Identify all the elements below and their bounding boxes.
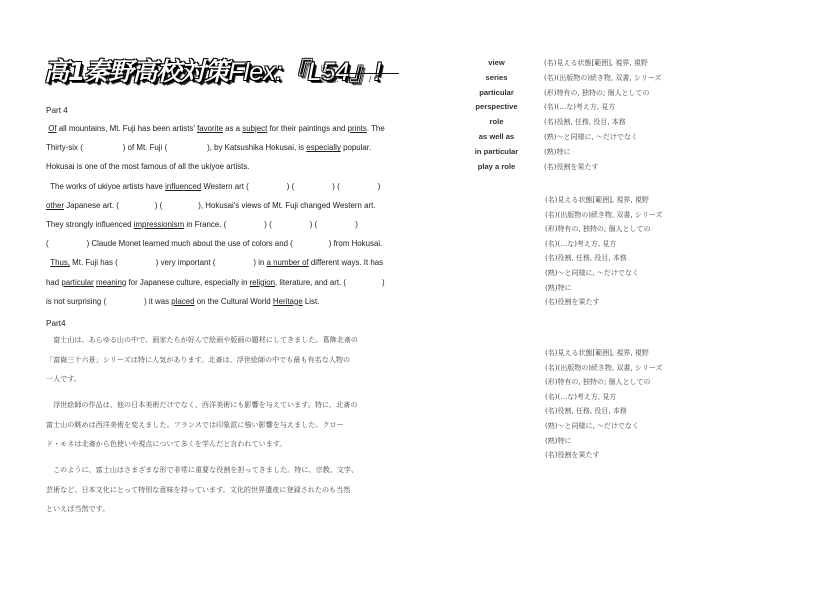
title-main: 高1秦野高校対策 [44, 57, 228, 86]
translation-line: といえば当然です。 [46, 499, 396, 519]
translation-line: ド・モネは北斎から色使いや視点について多くを学んだと言われています。 [46, 434, 396, 454]
passage-line: other Japanese art. () (), Hokusai's vie… [46, 196, 396, 215]
name-field[interactable] [341, 65, 399, 74]
definition-item: (名)役割, 任務, 役目, 本務 [545, 251, 662, 266]
definition-item: (名)見える状態[範囲], 視界, 視野 [545, 193, 662, 208]
underlined-word: religion [250, 278, 275, 287]
underlined-word: prints [348, 124, 367, 133]
translation-line: 浮世絵師の作品は、他の日本美術だけでなく、西洋美術にも影響を与えています。特に、… [46, 395, 396, 415]
definition-item: (名)(出版物の)続き物, 双書, シリーズ [545, 208, 662, 223]
vocab-term: view [468, 56, 525, 71]
underlined-word: Heritage [273, 297, 303, 306]
underlined-word: subject [242, 124, 267, 133]
passage-line: Thus, Mt. Fuji has () very important () … [46, 253, 396, 272]
japanese-paragraph-2: 浮世絵師の作品は、他の日本美術だけでなく、西洋美術にも影響を与えています。特に、… [46, 395, 396, 454]
definition-list-1: (名)見える状態[範囲], 視界, 視野(名)(出版物の)続き物, 双書, シリ… [545, 193, 662, 310]
definition-item: (形)特有の, 独特の; 個人としての [545, 375, 662, 390]
passage-text: ) [382, 278, 385, 287]
underlined-word: particular [61, 278, 93, 287]
passage-text: for Japanese culture, especially in [126, 278, 249, 287]
vocab-definition: (名)見える状態[範囲], 視界, 視野 [544, 56, 648, 71]
vocab-row: view(名)見える状態[範囲], 視界, 視野 [468, 56, 661, 71]
name-score-box: 氏名: 点数: / [320, 63, 399, 85]
definition-item: (名)(出版物の)続き物, 双書, シリーズ [545, 361, 662, 376]
passage-line: is not surprising () it was placed on th… [46, 292, 396, 311]
vocab-row: perspective(名)(…な)考え方, 見方 [468, 100, 661, 115]
definition-item: (名)見える状態[範囲], 視界, 視野 [545, 346, 662, 361]
passage-text: Thirty-six ( [46, 143, 83, 152]
passage-line: Hokusai is one of the most famous of all… [46, 157, 396, 176]
definition-item: (形)特有の, 独特の; 個人としての [545, 222, 662, 237]
definition-item: (名)役割を果たす [545, 448, 662, 463]
vocab-row: play a role(名)役割を果たす [468, 160, 661, 175]
passage-text: ) ( [310, 220, 317, 229]
passage-line: They strongly influenced impressionism i… [46, 215, 396, 234]
passage-text: ) from Hokusai. [329, 239, 383, 248]
vocab-definition: (名)役割を果たす [544, 160, 598, 175]
vocab-definition: (名)(出版物の)続き物, 双書, シリーズ [544, 71, 661, 86]
underlined-word: especially [306, 143, 341, 152]
passage-line: () Claude Monet learned much about the u… [46, 234, 396, 253]
definition-item: (名)(…な)考え方, 見方 [545, 390, 662, 405]
translation-line: このように、富士山はさまざまな形で非常に重要な役割を担ってきました。特に、宗教、… [46, 460, 396, 480]
passage-text: , literature, and art. ( [275, 278, 346, 287]
vocab-term: as well as [468, 130, 525, 145]
vocab-term: role [468, 115, 525, 130]
passage-text: ) of Mt. Fuji ( [123, 143, 167, 152]
passage-text: Western art ( [201, 182, 249, 191]
definition-item: (熟)～と同様に, ～だけでなく [545, 419, 662, 434]
translation-line: 富士山は、あらゆる山の中で、画家たちが好んで絵画や版画の題材にしてきました。葛飾… [46, 330, 396, 350]
definition-item: (名)(…な)考え方, 見方 [545, 237, 662, 252]
score-slash: / [369, 74, 372, 85]
translation-line: 芸術など、日本文化にとって特別な意味を持っています。文化的世界遺産に登録されたの… [46, 480, 396, 500]
passage-line: Of all mountains, Mt. Fuji has been arti… [46, 119, 396, 138]
translation-line: 「富嶽三十六景」シリーズは特に人気があります。北斎は、浮世絵師の中でも最も有名な… [46, 350, 396, 370]
vocab-row: series(名)(出版物の)続き物, 双書, シリーズ [468, 71, 661, 86]
passage-text: ) it was [144, 297, 171, 306]
passage-text: had [46, 278, 61, 287]
name-label: 氏名: [320, 63, 339, 74]
passage-text: List. [303, 297, 320, 306]
passage-text: ), by Katsushika Hokusai, is [207, 143, 306, 152]
passage-text: Hokusai is one of the most famous of all… [46, 162, 250, 171]
passage-text: ) Claude Monet learned much about the us… [87, 239, 293, 248]
definition-item: (熟)～と同様に, ～だけでなく [545, 266, 662, 281]
passage-line: The works of ukiyoe artists have influen… [46, 177, 396, 196]
passage-text: ) [378, 182, 381, 191]
passage-text: The works of ukiyoe artists have [46, 182, 165, 191]
definition-item: (熟)特に [545, 434, 662, 449]
score-label: 点数: [320, 74, 339, 85]
vocab-row: role(名)役割, 任務, 役目, 本務 [468, 115, 661, 130]
translation-line: 富士山の眺めは西洋美術を変えました。フランスでは印象派に強い影響を与えました。ク… [46, 415, 396, 435]
passage-text: ), Hokusai's views of Mt. Fuji changed W… [198, 201, 375, 210]
passage-text: . The [367, 124, 385, 133]
vocab-term: in particular [468, 145, 525, 160]
underlined-word: a number of [267, 258, 309, 267]
passage-text: ) ( [155, 201, 162, 210]
definition-item: (名)役割, 任務, 役目, 本務 [545, 404, 662, 419]
part-jp-heading: Part4 [46, 319, 66, 328]
vocab-definition: (熟)特に [544, 145, 570, 160]
part-en-heading: Part 4 [46, 106, 68, 115]
passage-text: ) ( [332, 182, 339, 191]
vocab-definition: (形)特有の, 独特の; 個人としての [544, 86, 650, 101]
passage-text: on the Cultural World [195, 297, 273, 306]
passage-text: all mountains, Mt. Fuji has been artists… [57, 124, 198, 133]
vocab-term: particular [468, 86, 525, 101]
passage-text: Mt. Fuji has ( [70, 258, 118, 267]
passage-text: ( [46, 239, 49, 248]
underlined-word: other [46, 201, 64, 210]
underlined-word: influenced [165, 182, 201, 191]
vocab-row: particular(形)特有の, 独特の; 個人としての [468, 86, 661, 101]
vocab-definition: (名)(…な)考え方, 見方 [544, 100, 615, 115]
underlined-word: placed [171, 297, 194, 306]
definition-item: (名)役割を果たす [545, 295, 662, 310]
underlined-word: meaning [96, 278, 126, 287]
passage-text: different ways. It has [309, 258, 383, 267]
passage-text: popular. [341, 143, 371, 152]
passage-text: Japanese art. ( [64, 201, 119, 210]
vocab-row: in particular(熟)特に [468, 145, 661, 160]
passage-line: had particular meaning for Japanese cult… [46, 273, 396, 292]
japanese-paragraph-3: このように、富士山はさまざまな形で非常に重要な役割を担ってきました。特に、宗教、… [46, 460, 396, 519]
vocab-row: as well as(熟)～と同様に, ～だけでなく [468, 130, 661, 145]
underlined-word: Of [48, 124, 56, 133]
vocab-definition: (熟)～と同様に, ～だけでなく [544, 130, 638, 145]
vocab-term: series [468, 71, 525, 86]
japanese-paragraph-1: 富士山は、あらゆる山の中で、画家たちが好んで絵画や版画の題材にしてきました。葛飾… [46, 330, 396, 389]
underlined-word: impressionism [134, 220, 184, 229]
underlined-word: favorite [197, 124, 223, 133]
vocabulary-table: view(名)見える状態[範囲], 視界, 視野series(名)(出版物の)続… [468, 56, 661, 174]
passage-text: ) in [253, 258, 266, 267]
underlined-word: Thus, [50, 258, 70, 267]
vocab-term: play a role [468, 160, 525, 175]
vocab-definition: (名)役割, 任務, 役目, 本務 [544, 115, 626, 130]
passage-text: ) very important ( [156, 258, 216, 267]
passage-text: ) ( [287, 182, 294, 191]
definition-list-2: (名)見える状態[範囲], 視界, 視野(名)(出版物の)続き物, 双書, シリ… [545, 346, 662, 463]
definition-item: (熟)特に [545, 281, 662, 296]
translation-line: 一人です。 [46, 369, 396, 389]
passage-text: is not surprising ( [46, 297, 106, 306]
vocab-term: perspective [468, 100, 525, 115]
passage-text: as a [223, 124, 242, 133]
passage-text: ) ( [264, 220, 271, 229]
passage-text: They strongly influenced [46, 220, 134, 229]
passage-text: ) [355, 220, 358, 229]
english-passage: Of all mountains, Mt. Fuji has been arti… [46, 119, 396, 311]
passage-text: for their paintings and [267, 124, 347, 133]
passage-text: in France. ( [184, 220, 226, 229]
passage-line: Thirty-six () of Mt. Fuji (), by Katsush… [46, 138, 396, 157]
